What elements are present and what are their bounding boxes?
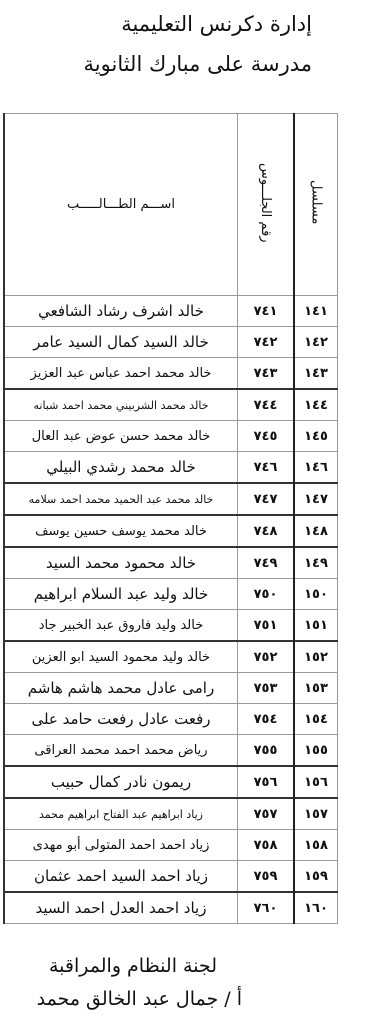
seat-number-cell: ٧٤٧	[238, 483, 295, 515]
column-header-seat-label: رقم الجلـــوس	[258, 163, 273, 243]
seat-number-cell: ٧٤٤	[238, 389, 295, 421]
seat-number-cell: ٧٥٣	[238, 673, 295, 704]
column-header-student-name: اســـم الطـــالـــــب	[4, 114, 238, 296]
student-name-cell: خالد السيد كمال السيد عامر	[4, 327, 238, 358]
seat-number-cell: ٧٤٨	[238, 515, 295, 547]
table-row: ١٥٧٧٥٧زياد ابراهيم عبد الفتاح ابراهيم مح…	[4, 798, 338, 830]
table-header-row: مسلسل رقم الجلـــوس اســـم الطـــالـــــ…	[4, 114, 338, 296]
table-body: ١٤١٧٤١خالد اشرف رشاد الشافعي١٤٢٧٤٢خالد ا…	[4, 296, 338, 924]
serial-cell: ١٥٢	[294, 641, 338, 673]
school-administration-title: إدارة دكرنس التعليمية	[121, 12, 312, 36]
table-row: ١٥٠٧٥٠خالد وليد عبد السلام ابراهيم	[4, 579, 338, 610]
serial-cell: ١٤٥	[294, 421, 338, 452]
student-name-cell: زياد ابراهيم عبد الفتاح ابراهيم محمد	[4, 798, 238, 830]
table-row: ١٤١٧٤١خالد اشرف رشاد الشافعي	[4, 296, 338, 327]
serial-cell: ١٥٧	[294, 798, 338, 830]
serial-cell: ١٥٤	[294, 704, 338, 735]
table-row: ١٥١٧٥١خالد وليد فاروق عبد الخبير جاد	[4, 610, 338, 642]
seat-number-cell: ٧٥٦	[238, 766, 295, 798]
column-header-serial-label: مسلسل	[309, 180, 324, 224]
table-row: ١٤٦٧٤٦خالد محمد رشدي البيلي	[4, 452, 338, 484]
student-name-cell: خالد وليد فاروق عبد الخبير جاد	[4, 610, 238, 642]
table-row: ١٥٨٧٥٨زياد احمد احمد المتولى أبو مهدى	[4, 830, 338, 861]
seat-number-cell: ٧٤٣	[238, 358, 295, 390]
seat-number-cell: ٧٥١	[238, 610, 295, 642]
student-name-cell: خالد محمد حسن عوض عبد العال	[4, 421, 238, 452]
committee-title: لجنة النظام والمراقبة	[49, 955, 217, 977]
table-row: ١٥٢٧٥٢خالد وليد محمود السيد ابو العزين	[4, 641, 338, 673]
serial-cell: ١٦٠	[294, 892, 338, 924]
serial-cell: ١٤٦	[294, 452, 338, 484]
seat-number-cell: ٧٥٩	[238, 861, 295, 893]
table-row: ١٤٣٧٤٣خالد محمد احمد عباس عبد العزيز	[4, 358, 338, 390]
serial-cell: ١٤٩	[294, 547, 338, 579]
serial-cell: ١٤١	[294, 296, 338, 327]
seat-number-cell: ٧٥٥	[238, 735, 295, 767]
table-row: ١٤٩٧٤٩خالد محمود محمد السيد	[4, 547, 338, 579]
seat-number-cell: ٧٥٨	[238, 830, 295, 861]
seat-number-cell: ٧٤٦	[238, 452, 295, 484]
seat-number-cell: ٧٤٥	[238, 421, 295, 452]
student-name-cell: خالد محمد الشربيني محمد احمد شبانه	[4, 389, 238, 421]
serial-cell: ١٥١	[294, 610, 338, 642]
school-name-title: مدرسة على مبارك الثانوية	[84, 52, 312, 76]
table-row: ١٤٢٧٤٢خالد السيد كمال السيد عامر	[4, 327, 338, 358]
serial-cell: ١٤٧	[294, 483, 338, 515]
serial-cell: ١٥٥	[294, 735, 338, 767]
student-name-cell: خالد محمد رشدي البيلي	[4, 452, 238, 484]
table-row: ١٥٤٧٥٤رفعت عادل رفعت حامد على	[4, 704, 338, 735]
seat-number-cell: ٧٤٢	[238, 327, 295, 358]
student-name-cell: خالد محمد عبد الحميد محمد احمد سلامه	[4, 483, 238, 515]
student-name-cell: خالد اشرف رشاد الشافعي	[4, 296, 238, 327]
column-header-seat-number: رقم الجلـــوس	[238, 114, 295, 296]
table-row: ١٥٦٧٥٦ريمون نادر كمال حبيب	[4, 766, 338, 798]
student-name-cell: خالد وليد محمود السيد ابو العزين	[4, 641, 238, 673]
table-row: ١٤٥٧٤٥خالد محمد حسن عوض عبد العال	[4, 421, 338, 452]
student-name-cell: رفعت عادل رفعت حامد على	[4, 704, 238, 735]
serial-cell: ١٥٦	[294, 766, 338, 798]
student-name-cell: زياد احمد السيد احمد عثمان	[4, 861, 238, 893]
seat-number-cell: ٧٥٢	[238, 641, 295, 673]
table-row: ١٤٧٧٤٧خالد محمد عبد الحميد محمد احمد سلا…	[4, 483, 338, 515]
student-name-cell: خالد محمد احمد عباس عبد العزيز	[4, 358, 238, 390]
table-row: ١٤٤٧٤٤خالد محمد الشربيني محمد احمد شبانه	[4, 389, 338, 421]
student-roster-table: مسلسل رقم الجلـــوس اســـم الطـــالـــــ…	[3, 113, 338, 924]
student-name-cell: خالد محمود محمد السيد	[4, 547, 238, 579]
student-name-cell: زياد احمد احمد المتولى أبو مهدى	[4, 830, 238, 861]
student-name-cell: رياض محمد احمد محمد العراقى	[4, 735, 238, 767]
column-header-serial: مسلسل	[294, 114, 338, 296]
serial-cell: ١٥٨	[294, 830, 338, 861]
serial-cell: ١٥٠	[294, 579, 338, 610]
seat-number-cell: ٧٥٤	[238, 704, 295, 735]
seat-number-cell: ٧٥٧	[238, 798, 295, 830]
student-name-cell: زياد احمد العدل احمد السيد	[4, 892, 238, 924]
serial-cell: ١٤٤	[294, 389, 338, 421]
serial-cell: ١٥٣	[294, 673, 338, 704]
signatory-name: أ / جمال عبد الخالق محمد	[37, 988, 242, 1010]
student-name-cell: خالد وليد عبد السلام ابراهيم	[4, 579, 238, 610]
student-name-cell: ريمون نادر كمال حبيب	[4, 766, 238, 798]
serial-cell: ١٤٨	[294, 515, 338, 547]
seat-number-cell: ٧٤١	[238, 296, 295, 327]
table-row: ١٥٣٧٥٣رامى عادل محمد هاشم هاشم	[4, 673, 338, 704]
seat-number-cell: ٧٥٠	[238, 579, 295, 610]
seat-number-cell: ٧٦٠	[238, 892, 295, 924]
serial-cell: ١٥٩	[294, 861, 338, 893]
student-name-cell: خالد محمد يوسف حسين يوسف	[4, 515, 238, 547]
table-row: ١٤٨٧٤٨خالد محمد يوسف حسين يوسف	[4, 515, 338, 547]
table-row: ١٥٩٧٥٩زياد احمد السيد احمد عثمان	[4, 861, 338, 893]
seat-number-cell: ٧٤٩	[238, 547, 295, 579]
table-row: ١٥٥٧٥٥رياض محمد احمد محمد العراقى	[4, 735, 338, 767]
table-row: ١٦٠٧٦٠زياد احمد العدل احمد السيد	[4, 892, 338, 924]
student-name-cell: رامى عادل محمد هاشم هاشم	[4, 673, 238, 704]
serial-cell: ١٤٣	[294, 358, 338, 390]
serial-cell: ١٤٢	[294, 327, 338, 358]
